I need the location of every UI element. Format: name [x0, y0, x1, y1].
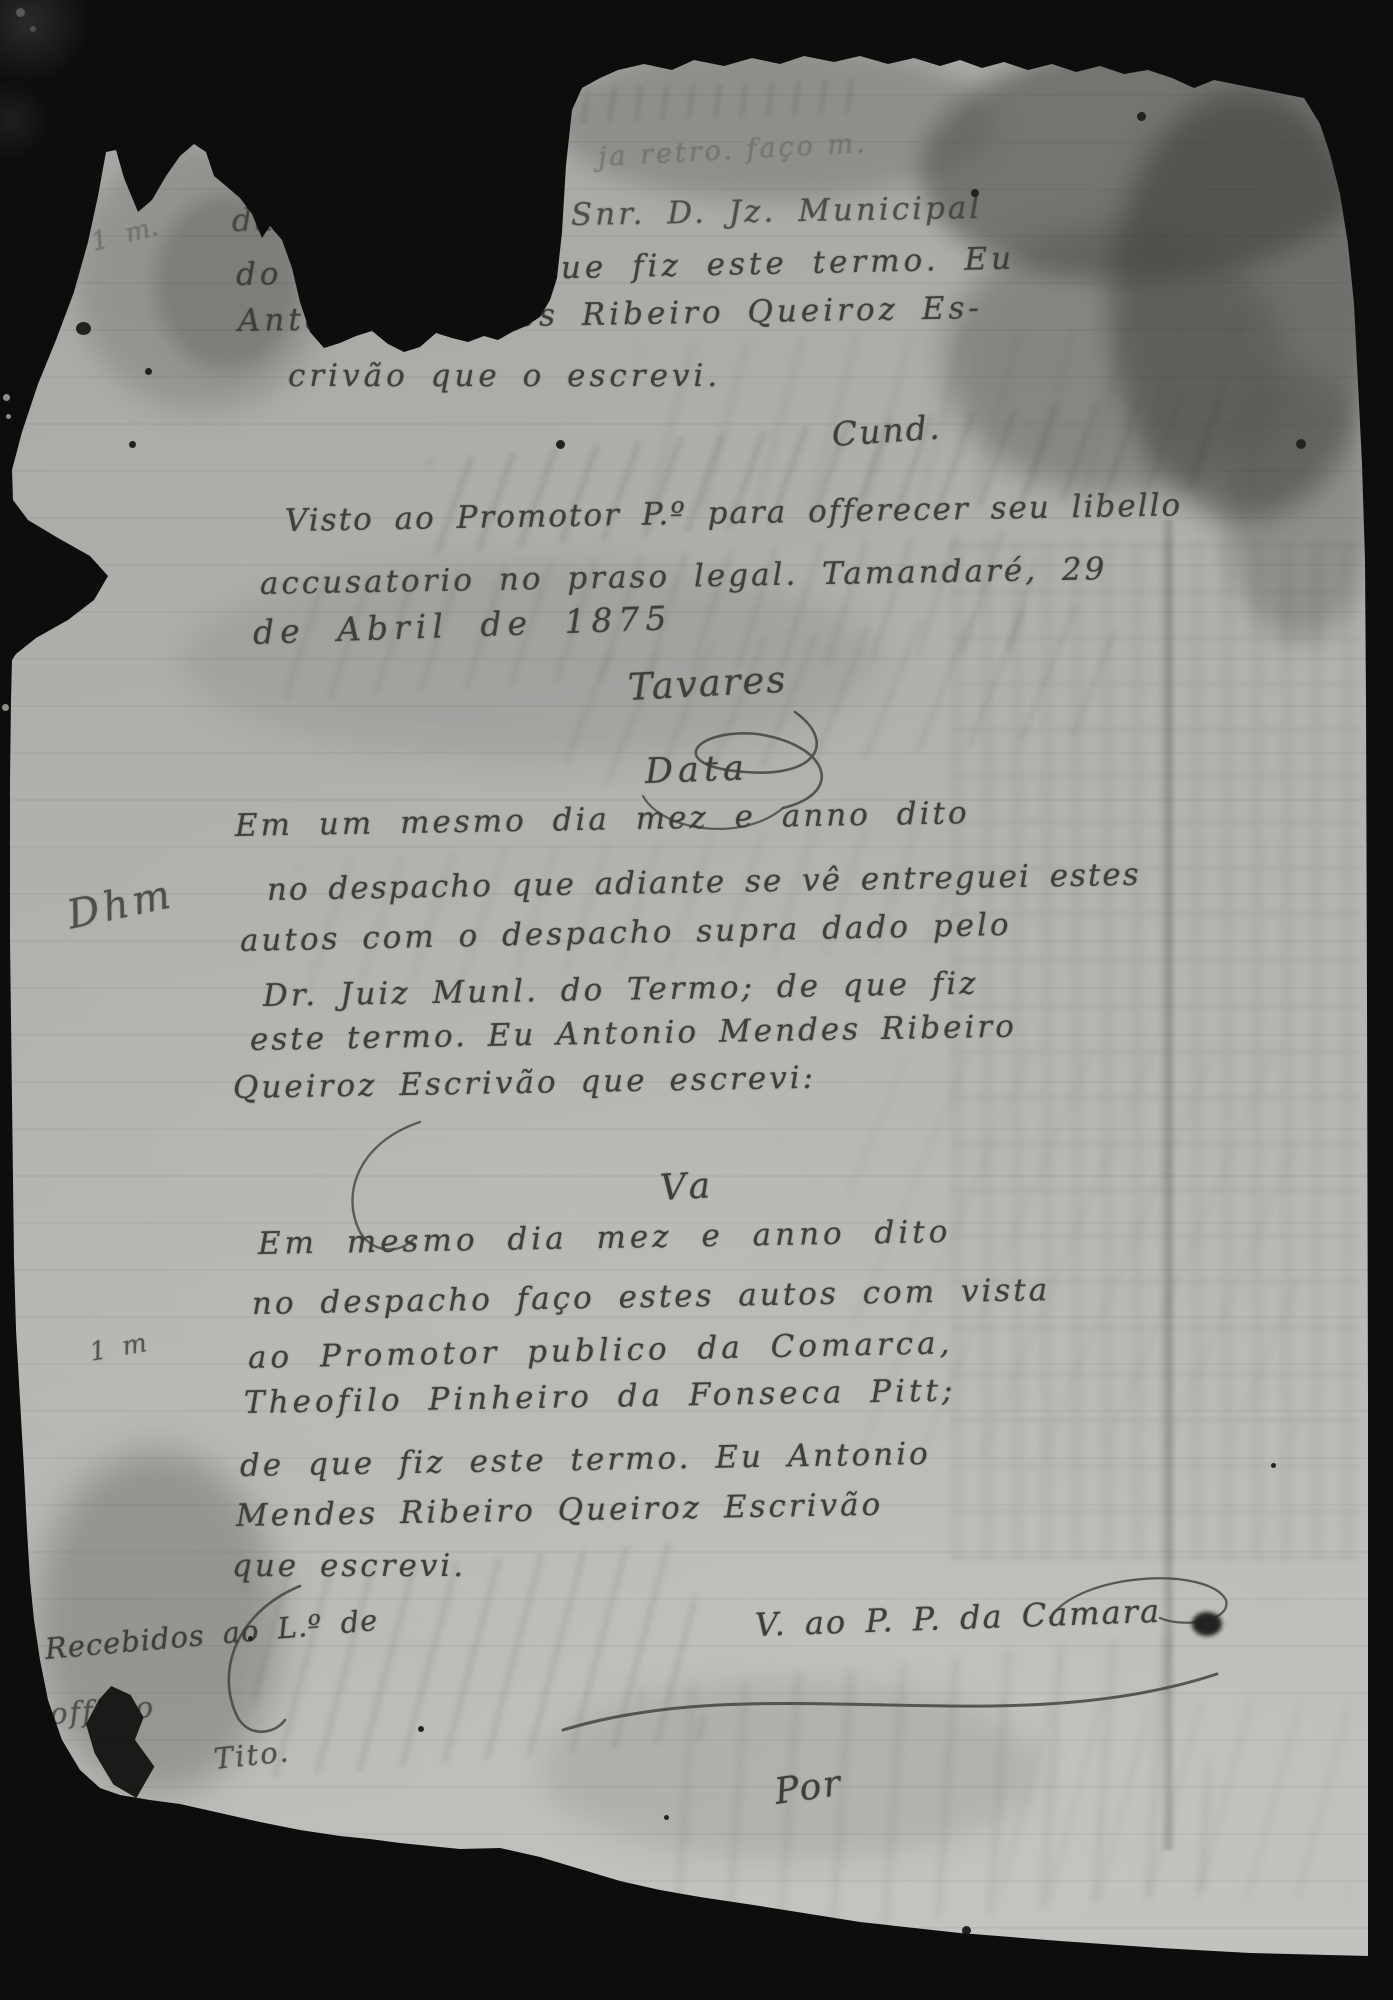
background-speck — [16, 8, 25, 17]
background-speck — [3, 394, 10, 401]
scanned-document: 1 m. ja retro. faço m. da subdelegação S… — [0, 0, 1393, 2000]
background-speck — [2, 704, 9, 711]
manuscript-page: 1 m. ja retro. faço m. da subdelegação S… — [0, 0, 1393, 2000]
background-speck — [6, 414, 11, 419]
scanline-texture — [0, 0, 1393, 2000]
background-speck — [30, 26, 36, 32]
